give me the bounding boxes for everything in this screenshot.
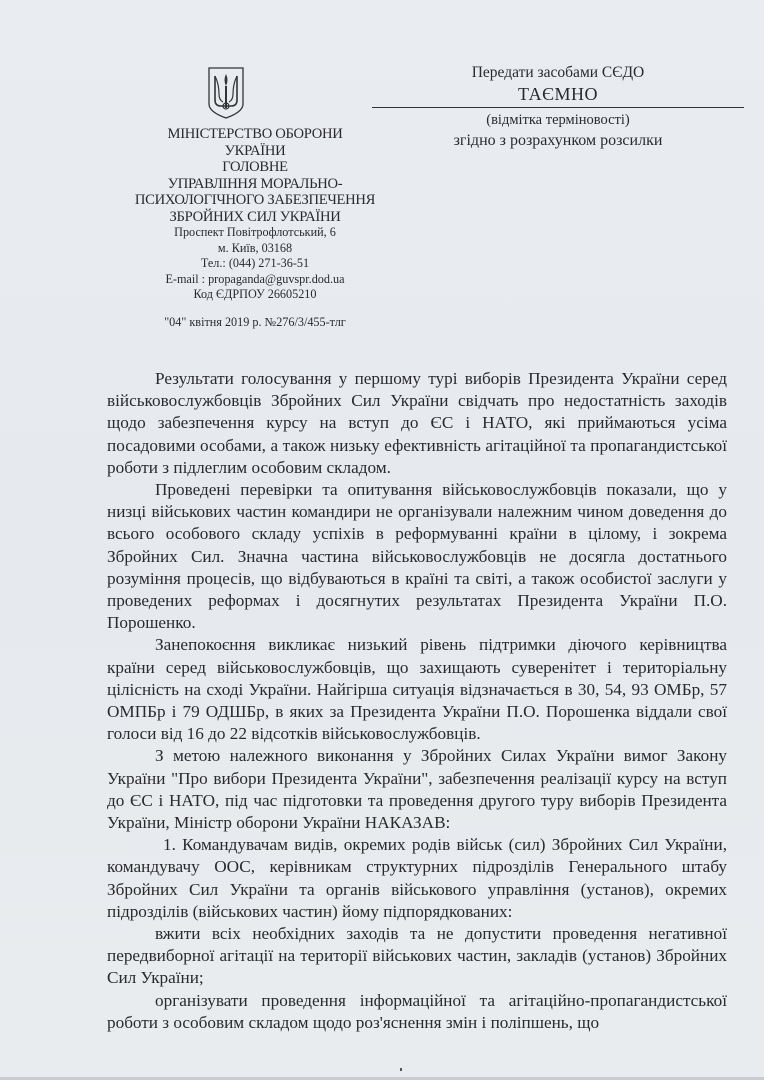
- classification-mark: ТАЄМНО: [372, 83, 744, 105]
- document-body: Результати голосування у першому турі ви…: [107, 368, 727, 1034]
- org-line: ГОЛОВНЕ: [130, 159, 380, 176]
- sender-block: МІНІСТЕРСТВО ОБОРОНИ УКРАЇНИ ГОЛОВНЕ УПР…: [130, 126, 380, 330]
- trident-emblem-icon: [207, 66, 245, 120]
- urgency-label: (відмітка терміновості): [372, 110, 744, 130]
- address-line: Проспект Повітрофлотський, 6: [130, 225, 380, 241]
- org-line: УКРАЇНИ: [130, 143, 380, 160]
- transmit-method: Передати засобами СЄДО: [372, 63, 744, 83]
- routing-block: Передати засобами СЄДО ТАЄМНО (відмітка …: [372, 63, 744, 152]
- org-line: МІНІСТЕРСТВО ОБОРОНИ: [130, 126, 380, 143]
- distribution-note: згідно з розрахунком розсилки: [372, 130, 744, 152]
- paragraph: Результати голосування у першому турі ви…: [107, 368, 727, 479]
- divider: [372, 107, 744, 108]
- paragraph: Проведені перевірки та опитування військ…: [107, 479, 727, 634]
- document-page: МІНІСТЕРСТВО ОБОРОНИ УКРАЇНИ ГОЛОВНЕ УПР…: [0, 0, 764, 1080]
- address-city: м. Київ, 03168: [130, 241, 380, 257]
- paragraph: Занепокоєння викликає низький рівень під…: [107, 634, 727, 745]
- org-line: ЗБРОЙНИХ СИЛ УКРАЇНИ: [130, 209, 380, 226]
- order-item-1: 1. Командувачам видів, окремих родів вій…: [107, 834, 727, 923]
- order-sub-item: організувати проведення інформаційної та…: [107, 990, 727, 1034]
- date-reference: "04" квітня 2019 р. №276/3/455-тлг: [130, 315, 380, 330]
- scan-speck: [400, 1068, 402, 1071]
- org-line: УПРАВЛІННЯ МОРАЛЬНО-: [130, 176, 380, 193]
- email: E-mail : propaganda@guvspr.dod.ua: [130, 272, 380, 288]
- paragraph: З метою належного виконання у Збройних С…: [107, 745, 727, 834]
- org-line: ПСИХОЛОГІЧНОГО ЗАБЕЗПЕЧЕННЯ: [130, 192, 380, 209]
- edrpou-code: Код ЄДРПОУ 26605210: [130, 287, 380, 303]
- phone: Тел.: (044) 271-36-51: [130, 256, 380, 272]
- order-sub-item: вжити всіх необхідних заходів та не допу…: [107, 923, 727, 990]
